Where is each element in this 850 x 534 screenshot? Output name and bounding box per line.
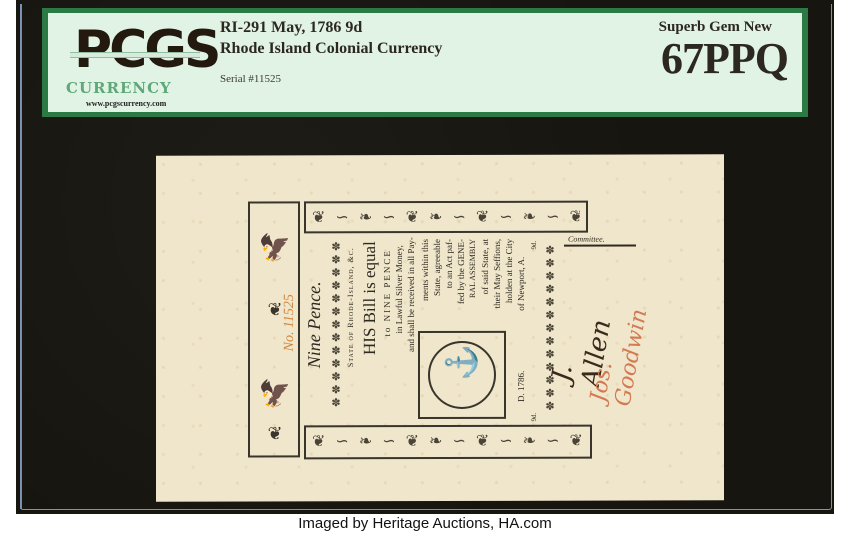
handwritten-serial: No. 11525 bbox=[282, 294, 298, 351]
body-line: and shall be received in all Pay- bbox=[406, 237, 416, 352]
banknote: 🦅 🦅 ❦ ❦ No. 11525 ❦ ∽ ❧ ∽ ❦ ❧ ∽ ❦ ∽ ❧ ∽ … bbox=[156, 154, 724, 501]
label-panel: PCGS CURRENCY www.pcgscurrency.com RI-29… bbox=[48, 13, 802, 112]
value-mark: 9d. bbox=[530, 241, 538, 250]
anchor-seal: ⚓ bbox=[418, 331, 506, 419]
title-line: Rhode Island Colonial Currency bbox=[220, 40, 442, 58]
body-line: ments within this bbox=[420, 239, 430, 301]
pcgs-logo: PCGS CURRENCY www.pcgscurrency.com bbox=[60, 19, 206, 109]
body-line: of said State, at bbox=[480, 239, 490, 295]
scroll-ornament-icon: ❦ bbox=[256, 423, 294, 444]
bottom-scroll-border: ❦ ∽ ❧ ∽ ❦ ❧ ∽ ❦ ∽ ❧ ∽ ❦ bbox=[304, 425, 592, 460]
logo-url: www.pcgscurrency.com bbox=[86, 99, 166, 108]
scroll-ornament: ❦ ∽ ❧ ∽ ❦ ❧ ∽ ❦ ∽ ❧ ∽ ❦ bbox=[312, 208, 580, 227]
committee-label: Committee. bbox=[568, 235, 605, 244]
body-line: to an Act paf- bbox=[444, 239, 454, 288]
body-line: RAL ASSEMBLY bbox=[468, 239, 477, 298]
serial-number: Serial #11525 bbox=[220, 73, 281, 85]
scroll-ornament: ❦ ∽ ❧ ∽ ❦ ❧ ∽ ❦ ∽ ❧ ∽ ❦ bbox=[312, 432, 584, 453]
grading-label: PCGS CURRENCY www.pcgscurrency.com RI-29… bbox=[42, 8, 808, 117]
state-line: State of Rhode-Island, &c. bbox=[346, 247, 355, 367]
body-line: HIS Bill is equal bbox=[360, 241, 380, 355]
catalog-line: RI-291 May, 1786 9d bbox=[220, 19, 362, 37]
logo-subtext: CURRENCY bbox=[66, 79, 172, 97]
logo-stripe bbox=[70, 52, 200, 58]
value-mark: 9d. bbox=[530, 413, 538, 422]
body-line: in Lawful Silver Money, bbox=[394, 245, 404, 333]
anchor-icon: ⚓ bbox=[445, 320, 480, 404]
body-line: to NINE PENCE bbox=[382, 249, 392, 337]
body-line: of Newport, A. bbox=[516, 257, 526, 311]
body-line: their May Seffions, bbox=[492, 239, 502, 309]
rosette-column: ✽✽✽✽✽✽✽✽✽✽✽✽✽ bbox=[330, 241, 342, 410]
logo-wordmark: PCGS bbox=[74, 19, 218, 81]
eagle-icon: 🦅 bbox=[256, 379, 294, 409]
body-line: State, agreeable bbox=[432, 239, 442, 296]
date-line: D. 1786. bbox=[516, 371, 526, 402]
image-credit: Imaged by Heritage Auctions, HA.com bbox=[0, 514, 850, 534]
body-line: fed by the GENE- bbox=[456, 239, 466, 304]
grade-value: 67PPQ bbox=[661, 33, 788, 84]
body-line: holden at the City bbox=[504, 239, 514, 303]
committee-brace bbox=[564, 244, 636, 249]
eagle-icon: 🦅 bbox=[256, 233, 294, 263]
top-scroll-border: ❦ ∽ ❧ ∽ ❦ ❧ ∽ ❦ ∽ ❧ ∽ ❦ bbox=[304, 201, 588, 234]
denomination-text: Nine Pence. bbox=[304, 281, 325, 368]
